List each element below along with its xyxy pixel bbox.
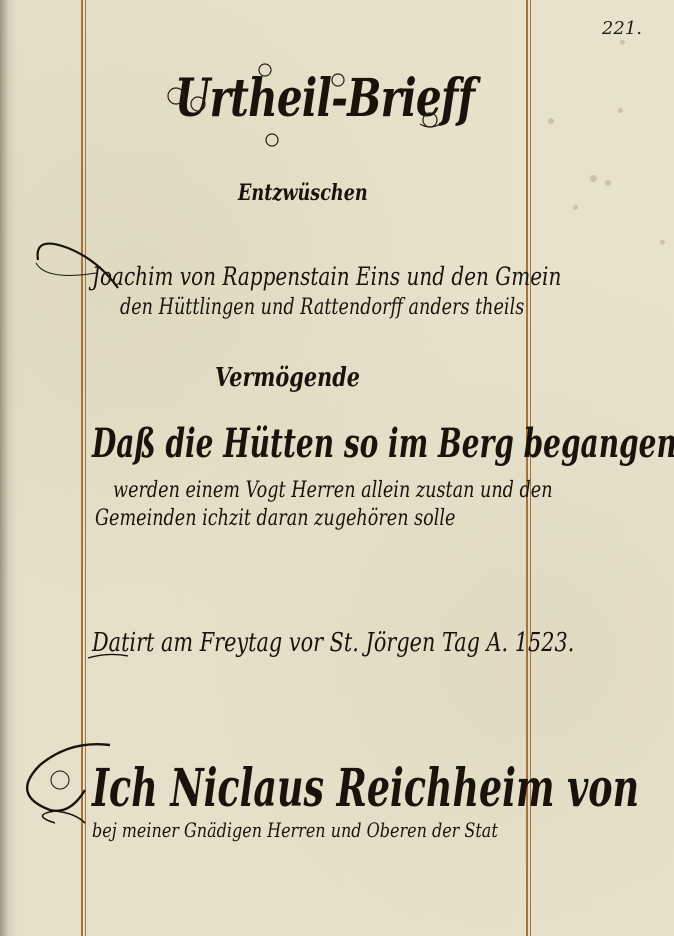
foxing-spot (618, 108, 623, 113)
heading-vermoegende: Vermögende (215, 363, 360, 393)
ruling-line-2: werden einem Vogt Herren allein zustan u… (113, 478, 553, 503)
foxing-spot (573, 205, 578, 210)
ruling-line-3: Gemeinden ichzit daran zugehören solle (95, 506, 455, 531)
folio-number: 221. (602, 18, 642, 39)
next-entry-line-1: Ich Niclaus Reichheim von (92, 758, 639, 819)
foxing-spot (620, 40, 625, 45)
foxing-spot (590, 175, 597, 182)
left-margin-rule (81, 0, 83, 936)
ruling-line-1: Daß die Hütten so im Berg begangen (92, 420, 674, 467)
foxing-spot (548, 118, 554, 124)
document-title: Urtheil-Brieff (175, 68, 474, 129)
left-margin-rule (85, 0, 87, 936)
foxing-spot (605, 180, 611, 186)
next-entry-line-2: bej meiner Gnädigen Herren und Oberen de… (92, 818, 498, 842)
subtitle-entzwuschen: Entzwüschen (238, 180, 368, 206)
date-line: Datirt am Freytag vor St. Jörgen Tag A. … (92, 628, 574, 658)
parties-line-2: den Hüttlingen und Rattendorff anders th… (120, 295, 524, 320)
manuscript-page: 221. Urtheil-Brieff Entzwüschen Joachim … (0, 0, 674, 936)
parties-line-1: Joachim von Rappenstain Eins und den Gme… (92, 262, 561, 291)
foxing-spot (660, 240, 665, 245)
